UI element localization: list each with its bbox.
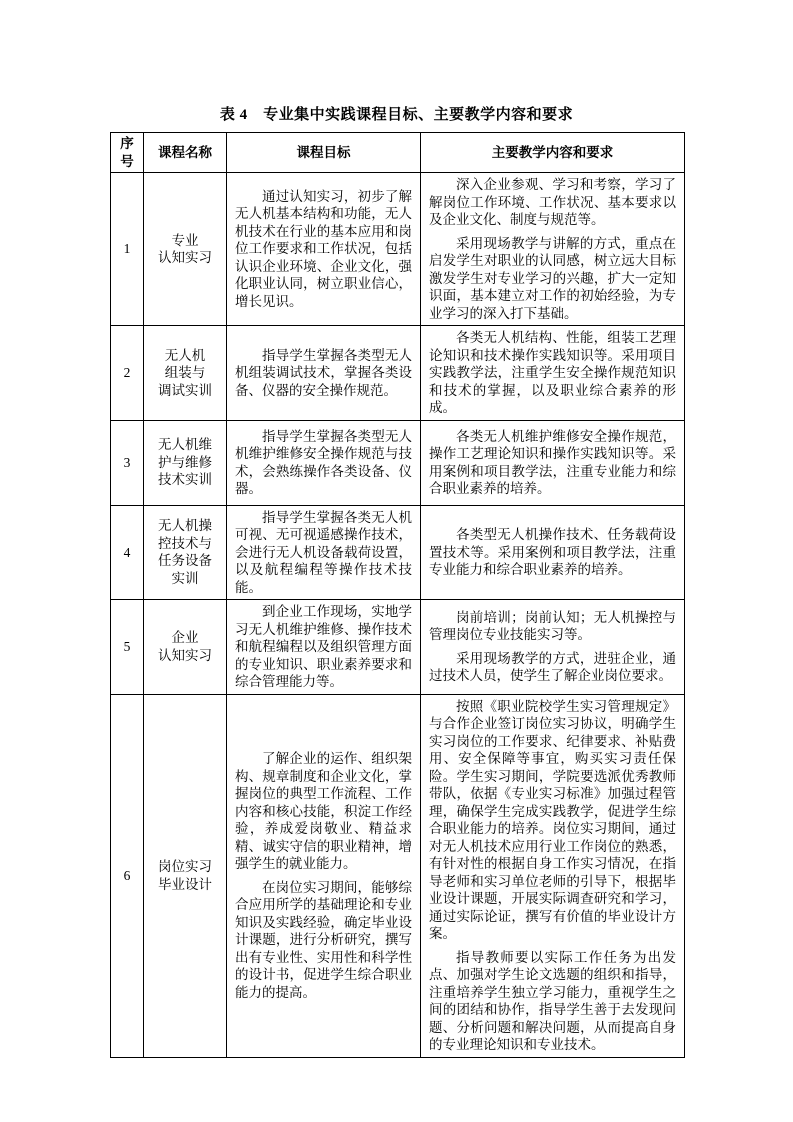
table-row: 1 专业认知实习 通过认知实习，初步了解无人机基本结构和功能，无人机技术在行业的… (111, 173, 685, 326)
course-name-line: 认知实习 (148, 249, 222, 267)
content-paragraph: 各类无人机结构、性能，组装工艺理论知识和技术操作实践知识等。采用项目实践教学法，… (429, 329, 676, 417)
teaching-content-cell: 按照《职业院校学生实习管理规定》与合作企业签订岗位实习协议，明确学生实习岗位的工… (421, 694, 685, 1057)
row-serial-number-cell: 1 (111, 173, 144, 326)
course-objective-cell: 指导学生掌握各类型无人机组装调试技术，掌握各类设备、仪器的安全操作规范。 (227, 326, 421, 421)
header-serial-number: 序号 (111, 133, 144, 173)
course-name-line: 专业 (148, 232, 222, 250)
row-serial-number: 5 (124, 639, 131, 654)
course-name-cell: 岗位实习毕业设计 (144, 694, 227, 1057)
content-paragraph: 各类型无人机操作技术、任务载荷设置技术等。采用案例和项目教学法，注重专业能力和综… (429, 526, 676, 579)
document-page: 表 4 专业集中实践课程目标、主要教学内容和要求 序号 课程名称 课程目标 主要… (0, 0, 793, 1058)
row-serial-number: 1 (124, 241, 131, 256)
teaching-content-cell: 岗前培训；岗前认知；无人机操控与管理岗位专业技能实习等。采用现场教学的方式，进驻… (421, 600, 685, 695)
course-name-line: 无人机操 (148, 517, 222, 535)
row-serial-number-cell: 4 (111, 505, 144, 600)
table-header: 序号 课程名称 课程目标 主要教学内容和要求 (111, 133, 685, 173)
objective-paragraph: 在岗位实习期间，能够综合应用所学的基础理论和专业知识及实践经验，确定毕业设计课题… (235, 879, 412, 1002)
course-name-cell: 无人机操控技术与任务设备实训 (144, 505, 227, 600)
row-serial-number-cell: 6 (111, 694, 144, 1057)
course-name-line: 技术实训 (148, 471, 222, 489)
course-name-line: 控技术与 (148, 535, 222, 553)
course-objective-cell: 指导学生掌握各类型无人机维护维修安全操作规范与技术，会熟练操作各类设备、仪器。 (227, 420, 421, 505)
course-name-line: 毕业设计 (148, 876, 222, 894)
objective-paragraph: 指导学生掌握各类型无人机组装调试技术，掌握各类设备、仪器的安全操作规范。 (235, 347, 412, 400)
row-serial-number: 4 (124, 545, 131, 560)
header-course-name: 课程名称 (144, 133, 227, 173)
course-name-line: 无人机 (148, 347, 222, 365)
table-row: 6 岗位实习毕业设计 了解企业的运作、组织架构、规章制度和企业文化，掌握岗位的典… (111, 694, 685, 1057)
course-name-cell: 无人机维护与维修技术实训 (144, 420, 227, 505)
content-paragraph: 深入企业参观、学习和考察，学习了解岗位工作环境、工作状况、基本要求以及企业文化、… (429, 176, 676, 229)
row-serial-number: 6 (124, 868, 131, 883)
course-name-cell: 专业认知实习 (144, 173, 227, 326)
course-objective-cell: 通过认知实习，初步了解无人机基本结构和功能，无人机技术在行业的基本应用和岗位工作… (227, 173, 421, 326)
table-title: 表 4 专业集中实践课程目标、主要教学内容和要求 (0, 103, 793, 124)
content-paragraph: 岗前培训；岗前认知；无人机操控与管理岗位专业技能实习等。 (429, 609, 676, 644)
objective-paragraph: 指导学生掌握各类无人机可视、无可视遥感操作技术，会进行无人机设备载荷设置，以及航… (235, 509, 412, 597)
objective-paragraph: 指导学生掌握各类型无人机维护维修安全操作规范与技术，会熟练操作各类设备、仪器。 (235, 428, 412, 498)
teaching-content-cell: 各类无人机结构、性能，组装工艺理论知识和技术操作实践知识等。采用项目实践教学法，… (421, 326, 685, 421)
header-teaching-content: 主要教学内容和要求 (421, 133, 685, 173)
row-serial-number: 3 (124, 455, 131, 470)
objective-paragraph: 通过认知实习，初步了解无人机基本结构和功能，无人机技术在行业的基本应用和岗位工作… (235, 188, 412, 311)
content-paragraph: 各类无人机维护维修安全操作规范，操作工艺理论知识和操作实践知识等。采用案例和项目… (429, 428, 676, 498)
course-name-line: 调试实训 (148, 382, 222, 400)
objective-paragraph: 了解企业的运作、组织架构、规章制度和企业文化，掌握岗位的典型工作流程、工作内容和… (235, 750, 412, 873)
course-name-line: 认知实习 (148, 647, 222, 665)
table-row: 2 无人机组装与调试实训 指导学生掌握各类型无人机组装调试技术，掌握各类设备、仪… (111, 326, 685, 421)
row-serial-number: 2 (124, 365, 131, 380)
content-paragraph: 按照《职业院校学生实习管理规定》与合作企业签订岗位实习协议，明确学生实习岗位的工… (429, 698, 676, 943)
teaching-content-cell: 各类型无人机操作技术、任务载荷设置技术等。采用案例和项目教学法，注重专业能力和综… (421, 505, 685, 600)
course-objective-cell: 了解企业的运作、组织架构、规章制度和企业文化，掌握岗位的典型工作流程、工作内容和… (227, 694, 421, 1057)
table-body: 1 专业认知实习 通过认知实习，初步了解无人机基本结构和功能，无人机技术在行业的… (111, 173, 685, 1058)
course-practice-table: 序号 课程名称 课程目标 主要教学内容和要求 1 专业认知实习 通过认知实习，初… (110, 132, 685, 1058)
content-paragraph: 采用现场教学的方式，进驻企业，通过技术人员，使学生了解企业岗位要求。 (429, 650, 676, 685)
objective-paragraph: 到企业工作现场，实地学习无人机维护维修、操作技术和航程编程以及组织管理方面的专业… (235, 603, 412, 691)
table-row: 3 无人机维护与维修技术实训 指导学生掌握各类型无人机维护维修安全操作规范与技术… (111, 420, 685, 505)
row-serial-number-cell: 5 (111, 600, 144, 695)
table-row: 4 无人机操控技术与任务设备实训 指导学生掌握各类无人机可视、无可视遥感操作技术… (111, 505, 685, 600)
teaching-content-cell: 深入企业参观、学习和考察，学习了解岗位工作环境、工作状况、基本要求以及企业文化、… (421, 173, 685, 326)
content-paragraph: 采用现场教学与讲解的方式，重点在启发学生对职业的认同感，树立远大目标激发学生对专… (429, 235, 676, 323)
course-objective-cell: 到企业工作现场，实地学习无人机维护维修、操作技术和航程编程以及组织管理方面的专业… (227, 600, 421, 695)
content-paragraph: 指导教师要以实际工作任务为出发点、加强对学生论文选题的组织和指导，注重培养学生独… (429, 949, 676, 1054)
table-row: 5 企业认知实习 到企业工作现场，实地学习无人机维护维修、操作技术和航程编程以及… (111, 600, 685, 695)
header-course-objective: 课程目标 (227, 133, 421, 173)
course-objective-cell: 指导学生掌握各类无人机可视、无可视遥感操作技术，会进行无人机设备载荷设置，以及航… (227, 505, 421, 600)
teaching-content-cell: 各类无人机维护维修安全操作规范，操作工艺理论知识和操作实践知识等。采用案例和项目… (421, 420, 685, 505)
course-name-cell: 企业认知实习 (144, 600, 227, 695)
course-name-cell: 无人机组装与调试实训 (144, 326, 227, 421)
course-name-line: 任务设备 (148, 552, 222, 570)
row-serial-number-cell: 3 (111, 420, 144, 505)
course-name-line: 护与维修 (148, 454, 222, 472)
course-name-line: 组装与 (148, 364, 222, 382)
course-name-line: 岗位实习 (148, 858, 222, 876)
course-name-line: 无人机维 (148, 436, 222, 454)
course-name-line: 企业 (148, 629, 222, 647)
course-name-line: 实训 (148, 570, 222, 588)
row-serial-number-cell: 2 (111, 326, 144, 421)
